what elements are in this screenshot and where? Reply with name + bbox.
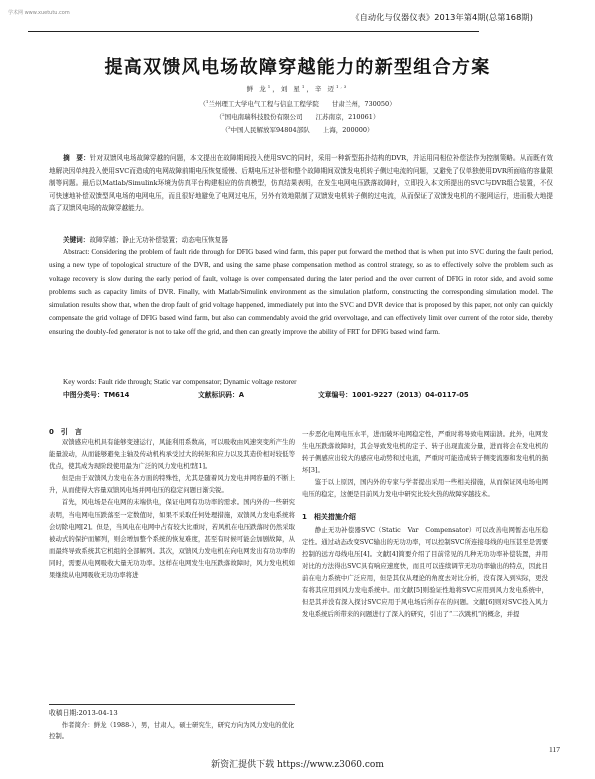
author-name: 鲜 龙 — [247, 85, 268, 93]
footnote-divider — [49, 704, 295, 705]
affiliation: （2国电南瑞科技股份有限公司 江苏南京，210061） — [0, 112, 595, 121]
keywords-label: 关键词： — [63, 236, 89, 244]
affil-location: 江苏南京，210061 — [316, 113, 373, 121]
keywords-chinese: 关键词：故障穿越；静止无功补偿装置；动态电压恢复器 — [63, 234, 228, 244]
download-watermark: 新资汇提供下载 https://www.z3060.com — [0, 757, 595, 770]
body-paragraph: 静止无功补偿器SVC（Static Var Compensator）可以改善电网… — [302, 524, 548, 621]
affil-location: 甘肃兰州，730050 — [332, 100, 389, 108]
right-column: 一步恶化电网电压水平，进而破坏电网稳定性，严重时将导致电网崩溃。此外，电网发生电… — [302, 428, 548, 620]
keywords-label: Key words: — [63, 378, 96, 386]
header-divider — [28, 31, 479, 32]
author-affil-mark: 1 — [268, 84, 273, 89]
author-name: 刘 星 — [281, 85, 302, 93]
keywords-text: 故障穿越；静止无功补偿装置；动态电压恢复器 — [89, 236, 227, 244]
author-affil-mark: 1 — [302, 84, 307, 89]
received-date: 收稿日期:2013-04-13 — [49, 708, 295, 719]
body-paragraph: 一步恶化电网电压水平，进而破坏电网稳定性，严重时将导致电网崩溃。此外，电网发生电… — [302, 428, 548, 476]
body-paragraph: 但是由于双馈风力发电在各方面的特殊性，尤其是随着风力发电并网容量的不断上升，从而… — [49, 472, 295, 496]
keywords-text: Fault ride through; Static var compensat… — [98, 378, 296, 386]
body-paragraph: 鉴于以上原因，国内外的专家与学者提出采用一些相关措施，从而保证风电场电网电压的稳… — [302, 476, 548, 500]
affil-institution: 兰州理工大学电气工程与信息工程学院 — [208, 100, 319, 108]
abstract-label: Abstract: — [63, 248, 89, 256]
abstract-label: 摘 要： — [63, 154, 90, 162]
affil-institution: 国电南瑞科技股份有限公司 — [225, 113, 303, 121]
keywords-english: Key words: Fault ride through; Static va… — [63, 378, 297, 386]
page-number: 117 — [549, 745, 560, 754]
document-code: 文献标识码：A — [198, 389, 244, 399]
body-paragraph: 首先，风电场是在电网的末端供电，保证电网有功功率的需求。国内外的一些研究表明，当… — [49, 496, 295, 581]
abstract-english: Abstract: Considering the problem of fau… — [49, 246, 553, 339]
affiliation: （1兰州理工大学电气工程与信息工程学院 甘肃兰州，730050） — [0, 99, 595, 108]
body-paragraph: 双馈感应电机具有能够变速运行，风能利用系数高，可以吸收由风速突变所产生的能量波动… — [49, 436, 295, 472]
author-affil-mark: 1,3 — [336, 84, 348, 89]
paper-title: 提高双馈风电场故障穿越能力的新型组合方案 — [0, 53, 595, 79]
affil-institution: 中国人民解放军94804部队 — [231, 126, 310, 134]
author-bio: 作者简介：鲜龙（1988-），男，甘肃人，硕士研究生，研究方向为风力发电的优化控… — [49, 720, 295, 742]
left-column: 双馈感应电机具有能够变速运行，风能利用系数高，可以吸收由风速突变所产生的能量波动… — [49, 436, 295, 581]
author-list: 鲜 龙1，刘 星1，辛 迈1,3 — [0, 84, 595, 93]
section-heading-related-measures: 1 相关措施介绍 — [302, 511, 548, 523]
source-watermark: 学术网 www.xuetutu.com — [8, 9, 70, 16]
affil-location: 上海，200000 — [323, 126, 367, 134]
abstract-text: 针对双馈风电场故障穿越的问题，本文提出在故障期间投入使用SVC的同时，采用一种新… — [49, 154, 553, 212]
abstract-chinese: 摘 要：针对双馈风电场故障穿越的问题，本文提出在故障期间投入使用SVC的同时，采… — [49, 152, 553, 215]
author-name: 辛 迈 — [315, 85, 336, 93]
affiliation: （3中国人民解放军94804部队 上海，200000） — [0, 125, 595, 134]
article-id: 文章编号：1001-9227（2013）04-0117-05 — [318, 389, 469, 399]
abstract-text: Considering the problem of fault ride th… — [49, 248, 553, 336]
journal-header: 《自动化与仪器仪表》2013年第4期(总第168期) — [351, 12, 533, 23]
clc-number: 中图分类号：TM614 — [63, 389, 129, 399]
